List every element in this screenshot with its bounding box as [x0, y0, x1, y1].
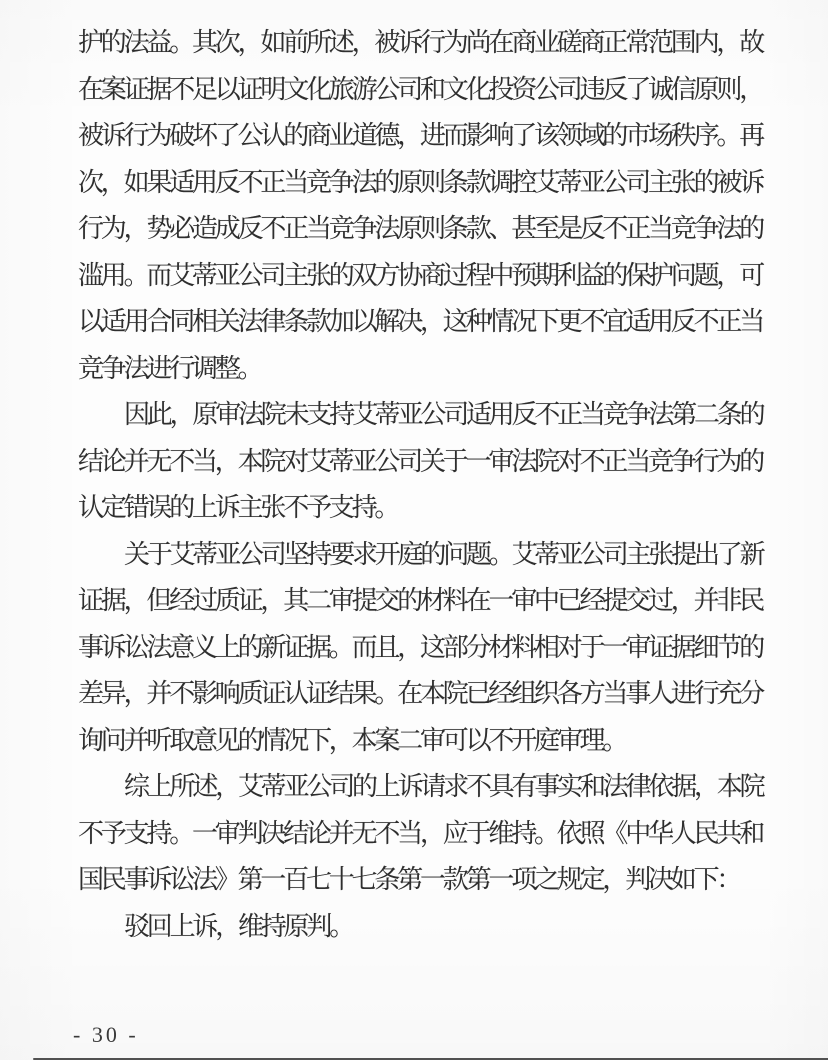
text-line: 事诉讼法意义上的新证据。而且，这部分材料相对于一审证据细节的 — [78, 625, 768, 672]
text-line: 认定错误的上诉主张不予支持。 — [78, 485, 768, 532]
text-line: 结论并无不当，本院对艾蒂亚公司关于一审法院对不正当竞争行为的 — [78, 439, 768, 486]
text-line: 竞争法进行调整。 — [78, 346, 768, 393]
document-body: 护的法益。其次，如前所述，被诉行为尚在商业磋商正常范围内，故在案证据不足以证明文… — [78, 20, 768, 950]
text-line: 滥用。而艾蒂亚公司主张的双方协商过程中预期利益的保护问题，可 — [78, 253, 768, 300]
text-line: 询问并听取意见的情况下，本案二审可以不开庭审理。 — [78, 718, 768, 765]
text-line: 差异，并不影响质证认证结果。在本院已经组织各方当事人进行充分 — [78, 671, 768, 718]
text-line: 护的法益。其次，如前所述，被诉行为尚在商业磋商正常范围内，故 — [78, 20, 768, 67]
text-line: 在案证据不足以证明文化旅游公司和文化投资公司违反了诚信原则， — [78, 67, 768, 114]
footer-page-number: - 30 - — [73, 1022, 139, 1048]
text-line: 驳回上诉，维持原判。 — [78, 904, 768, 951]
text-line: 综上所述，艾蒂亚公司的上诉请求不具有事实和法律依据，本院 — [78, 764, 768, 811]
scanned-judgment-page: 护的法益。其次，如前所述，被诉行为尚在商业磋商正常范围内，故在案证据不足以证明文… — [0, 0, 828, 1060]
text-line: 次，如果适用反不正当竞争法的原则条款调控艾蒂亚公司主张的被诉 — [78, 160, 768, 207]
text-line: 国民事诉讼法》第一百七十七条第一款第一项之规定，判决如下： — [78, 857, 768, 904]
text-line: 被诉行为破坏了公认的商业道德，进而影响了该领域的市场秩序。再 — [78, 113, 768, 160]
text-line: 以适用合同相关法律条款加以解决，这种情况下更不宜适用反不正当 — [78, 299, 768, 346]
text-line: 不予支持。一审判决结论并无不当，应于维持。依照《中华人民共和 — [78, 811, 768, 858]
text-line: 行为，势必造成反不正当竞争法原则条款、甚至是反不正当竞争法的 — [78, 206, 768, 253]
text-line: 因此，原审法院未支持艾蒂亚公司适用反不正当竞争法第二条的 — [78, 392, 768, 439]
text-line: 证据，但经过质证，其二审提交的材料在一审中已经提交过，并非民 — [78, 578, 768, 625]
text-line: 关于艾蒂亚公司坚持要求开庭的问题。艾蒂亚公司主张提出了新 — [78, 532, 768, 579]
